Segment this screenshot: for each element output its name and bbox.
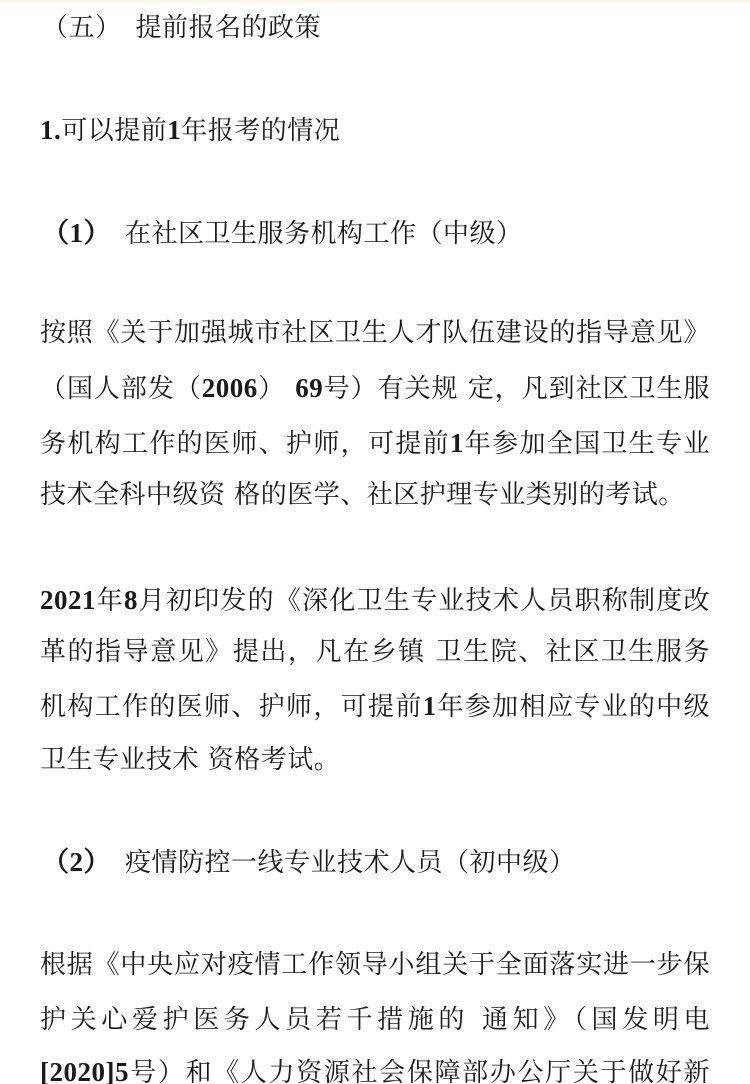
- paragraph-3-line-3: [2020]5号）和《人力资源社会保障部办公厅关于做好新: [40, 1055, 710, 1084]
- text: 年参加全国卫生专业: [464, 429, 710, 459]
- section-heading: （五）提前报名的政策: [42, 11, 712, 45]
- paragraph-1-line-3: 务机构工作的医师、护师，可提前1年参加全国卫生专业: [40, 426, 710, 461]
- paragraph-3-line-1: 根据《中央应对疫情工作领导小组关于全面落实进一步保: [40, 948, 710, 982]
- item-2-heading: （2）疫情防控一线专业技术人员（初中级）: [42, 845, 712, 880]
- number: 2021: [40, 585, 96, 615]
- paragraph-3-line-2: 护关心爱护医务人员若千措施的 通知》（国发明电: [40, 1003, 710, 1037]
- item-1-heading: （1）在社区卫生服务机构工作（中级）: [42, 216, 712, 251]
- number: 8: [124, 585, 138, 615]
- number: 2006: [202, 373, 258, 403]
- paragraph-2-line-4: 卫生专业技术 资格考试。: [40, 743, 710, 777]
- item-2-number: （2）: [42, 847, 111, 877]
- section-heading-prefix: （五）: [42, 13, 122, 43]
- text: 年参加相应专业的中级: [437, 692, 710, 722]
- number: 1: [450, 428, 464, 458]
- subheading-text: 可以提前: [61, 116, 167, 146]
- text: 号）有关规 定，凡到社区卫生服: [323, 374, 710, 404]
- subheading-num: 1: [167, 115, 181, 145]
- paragraph-2-line-1: 2021年8月初印发的《深化卫生专业技术人员职称制度改: [40, 583, 710, 618]
- text: 号）和《人力资源社会保障部办公厅关于做好新: [129, 1058, 710, 1084]
- number: 69: [295, 373, 323, 403]
- paragraph-1-line-4: 技术全科中级资 格的医学、社区护理专业类别的考试。: [40, 478, 710, 512]
- section-heading-title: 提前报名的政策: [136, 13, 322, 43]
- subheading-number: 1.: [40, 115, 61, 145]
- paragraph-1-line-1: 按照《关于加强城市社区卫生人才队伍建设的指导意见》: [40, 316, 710, 350]
- text: ）: [258, 374, 285, 404]
- text: 机构工作的医师、护师，可提前: [40, 692, 423, 722]
- item-1-title: 在社区卫生服务机构工作（中级）: [125, 219, 523, 249]
- top-border: [0, 0, 750, 3]
- text: （国人部发（: [40, 374, 202, 404]
- item-2-title: 疫情防控一线专业技术人员（初中级）: [125, 848, 576, 878]
- text: 务机构工作的医师、护师，可提前: [40, 429, 450, 459]
- paragraph-2-line-3: 机构工作的医师、护师，可提前1年参加相应专业的中级: [40, 689, 710, 724]
- number: [2020]5: [40, 1057, 129, 1084]
- number: 1: [423, 691, 437, 721]
- item-1-number: （1）: [42, 218, 111, 248]
- subheading-text-2: 年报考的情况: [181, 116, 340, 146]
- paragraph-1-line-2: （国人部发（2006）69号）有关规 定，凡到社区卫生服: [40, 371, 710, 406]
- text: 月初印发的《深化卫生专业技术人员职称制度改: [138, 586, 710, 616]
- paragraph-2-line-2: 革的指导意见》提出，凡在乡镇 卫生院、社区卫生服务: [40, 635, 710, 669]
- text: 年: [96, 586, 124, 616]
- subheading-1: 1.可以提前1年报考的情况: [40, 113, 710, 148]
